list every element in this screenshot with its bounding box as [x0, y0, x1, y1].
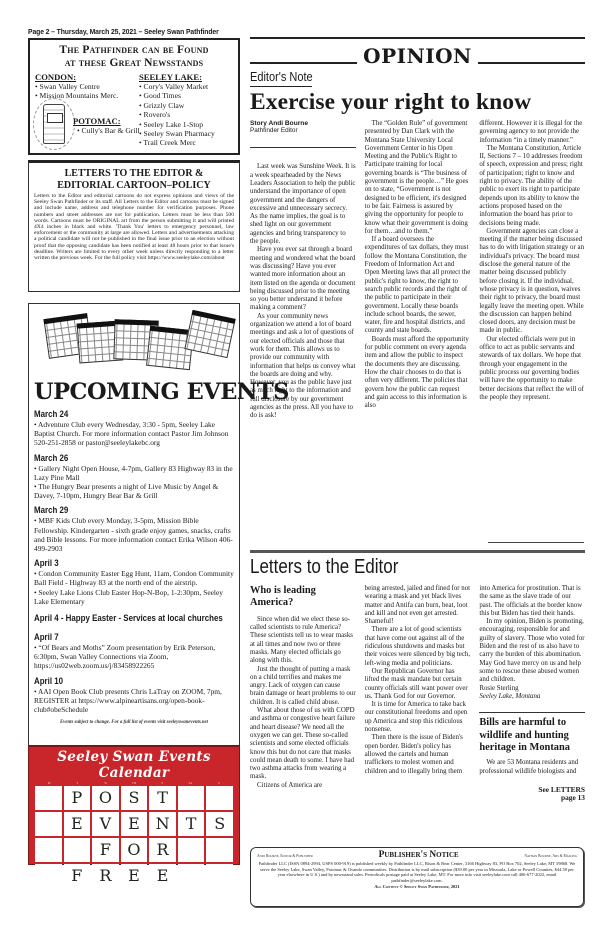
article-column-1: Story Andi Bourne Pathfinder Editor Last…: [250, 120, 356, 547]
paragraph: The “Golden Rule” of government presente…: [365, 120, 471, 236]
paragraph: In my opinion, Biden is promoting, encou…: [479, 618, 585, 684]
list-item: • Rovero's: [139, 110, 215, 119]
calendar-cell: [35, 864, 62, 888]
article-end-rule: [488, 542, 584, 543]
calendar-cell: [35, 786, 62, 810]
policy-title: LETTERS TO THE EDITOR & EDITORIAL CARTOO…: [34, 168, 234, 191]
day-label: F: [148, 781, 176, 785]
calendar-pages-illustration: [42, 312, 234, 380]
calendar-cell: R: [92, 864, 119, 888]
letter-location: Seeley Lake, Montana: [479, 693, 585, 701]
event-item: • Condon Community Easter Egg Hunt, 11am…: [34, 569, 234, 587]
newsstands-title: The Pathfinder can be Found at these Gre…: [35, 44, 233, 69]
paragraph: being arrested, jailed and fined for not…: [365, 585, 471, 626]
calendar-cell: E: [149, 864, 176, 888]
notice-body: Pathfinder LLC (ISSN 0894-2994, USPS 000…: [257, 861, 577, 883]
event-item: • Seeley Lake Lions Club Easter Hop-N-Bo…: [34, 588, 234, 606]
list-item: • Seeley Lake 1-Stop: [139, 120, 215, 129]
event-date: April 7: [34, 632, 214, 643]
newsstands-title-line2: at these Great Newsstands: [35, 57, 233, 70]
day-label: TH: [120, 781, 148, 785]
calendar-cell: [206, 786, 233, 810]
byline-rule: [250, 147, 356, 148]
calendar-cell: F: [92, 838, 119, 862]
event-item: • Gallery Night Open House, 4-7pm, Galle…: [34, 464, 234, 482]
paragraph: We are 53 Montana residents and professi…: [479, 759, 585, 776]
calendar-cell: R: [149, 838, 176, 862]
calendar-icon: [184, 310, 235, 358]
calendar-grid: P O S T E V E N T S F O R F R E E: [35, 786, 233, 888]
paragraph: Then there is the issue of Biden's open …: [365, 734, 471, 775]
section-title: OPINION: [357, 45, 478, 67]
day-label: W: [92, 781, 120, 785]
events-calendar-ad[interactable]: Seeley Swan Events Calendar M T W TH F S…: [28, 746, 240, 865]
day-label: S: [205, 781, 233, 785]
article-column-3: different. However it is illegal for the…: [479, 120, 585, 547]
jump-link[interactable]: See LETTERS page 13: [479, 786, 585, 803]
event-date: April 10: [34, 676, 214, 687]
notice-copyright: All Content © Seeley Swan Pathfinder, 20…: [257, 884, 577, 889]
calendar-cell: E: [121, 812, 148, 836]
paragraph: Just the thought of putting a mask on a …: [250, 666, 356, 707]
notice-ads: Nathan Bourne, Ads & Mailing: [524, 854, 577, 858]
notice-title: Publisher's Notice: [379, 850, 459, 860]
rule-right: [478, 62, 585, 64]
article-column-2: The “Golden Rule” of government presente…: [365, 120, 471, 547]
calendar-cell: E: [121, 864, 148, 888]
events-note: Events subject to change. For a full lis…: [34, 720, 234, 725]
editorial-article: Story Andi Bourne Pathfinder Editor Last…: [250, 120, 585, 547]
event-item: • The Hungry Bear presents a night of Li…: [34, 482, 234, 500]
calendar-cell: O: [121, 838, 148, 862]
paragraph: Our Republican Governor has lifted the m…: [365, 668, 471, 701]
event-date: April 4 - Happy Easter - Services at loc…: [34, 613, 214, 624]
potomac-heading: POTOMAC:: [73, 116, 140, 126]
rule-left: [250, 62, 357, 64]
letters-rule: [250, 550, 585, 553]
seeley-lake-list: SEELEY LAKE: • Cory's Valley Market • Go…: [139, 72, 215, 148]
event-date: March 24: [34, 409, 214, 420]
paragraph: Since when did we elect these so-called …: [250, 616, 356, 666]
newsstands-title-line1: The Pathfinder can be Found: [35, 44, 233, 57]
calendar-cell: [178, 838, 205, 862]
letter-column-1: Who is leading America? Since when did w…: [250, 585, 356, 835]
paragraph: It is time for America to take back our …: [365, 701, 471, 734]
calendar-day-labels: M T W TH F SA S: [35, 781, 233, 785]
calendar-cell: [178, 786, 205, 810]
calendar-cell: [178, 864, 205, 888]
day-label: M: [35, 781, 63, 785]
top-rule: [250, 37, 585, 39]
event-date: March 29: [34, 505, 214, 516]
opinion-section-header: OPINION: [250, 45, 585, 67]
potomac-list: POTOMAC: • Cully's Bar & Grill: [73, 116, 140, 135]
condon-list: CONDON: • Swan Valley Centre • Mission M…: [35, 72, 139, 148]
condon-heading: CONDON:: [35, 72, 139, 82]
paragraph: Our elected officials were put in office…: [479, 336, 585, 402]
calendar-cell: [64, 838, 91, 862]
events-title: UPCOMING EVENTS: [34, 380, 234, 404]
calendar-cell: T: [178, 812, 205, 836]
calendar-ad-url[interactable]: VISIT SEELEYSWANEVENTS.NET: [35, 891, 233, 900]
event-item: • AAI Open Book Club presents Chris LaTr…: [34, 687, 234, 715]
calendar-cell: S: [206, 812, 233, 836]
calendar-cell: T: [149, 786, 176, 810]
page-folio: Page 2 – Thursday, March 25, 2021 – Seel…: [28, 27, 219, 36]
byline: Story Andi Bourne Pathfinder Editor: [250, 120, 356, 134]
calendar-cell: E: [64, 812, 91, 836]
day-label: SA: [176, 781, 204, 785]
paragraph: into America for prostitution. That is t…: [479, 585, 585, 618]
list-item: • Seeley Swan Pharmacy: [139, 129, 215, 138]
list-item: • Cory's Valley Market: [139, 82, 215, 91]
list-item: • Grizzly Claw: [139, 101, 215, 110]
paragraph: Last week was Sunshine Week. It is a wee…: [250, 163, 356, 246]
letter-signer: Rosie Sterling: [479, 685, 585, 693]
policy-title-line1: LETTERS TO THE EDITOR &: [34, 168, 234, 180]
paragraph: Government agencies can close a meeting …: [479, 228, 585, 336]
event-date: April 3: [34, 558, 214, 569]
policy-body: Letters to the Editor and editorial cart…: [34, 193, 234, 261]
notice-editor: Andi Bourne, Editor & Publisher: [257, 854, 313, 858]
list-item: • Good Times: [139, 91, 215, 100]
calendar-cell: N: [149, 812, 176, 836]
paragraph: Citizens of America are: [250, 782, 356, 790]
newspaper-box-icon: [43, 104, 65, 144]
paragraph: As your community news organization we a…: [250, 313, 356, 421]
list-item: • Swan Valley Centre: [35, 82, 139, 91]
letter-headline: Bills are harmful to wildlife and huntin…: [479, 717, 585, 754]
byline-name: Story Andi Bourne: [250, 120, 356, 127]
calendar-cell: O: [92, 786, 119, 810]
letters-area: Who is leading America? Since when did w…: [250, 585, 585, 835]
list-item: • Trail Creek Merc: [139, 138, 215, 147]
event-date: March 26: [34, 453, 214, 464]
list-item: • Cully's Bar & Grill: [77, 126, 140, 135]
paragraph: What about those of us with COPD and ast…: [250, 707, 356, 782]
calendar-cell: V: [92, 812, 119, 836]
calendar-cell: [206, 864, 233, 888]
policy-title-line2: EDITORIAL CARTOON–POLICY: [34, 180, 234, 192]
paragraph: Boards must afford the opportunity for p…: [365, 336, 471, 411]
newsstands-box: The Pathfinder can be Found at these Gre…: [28, 38, 240, 155]
letter-separator: [479, 712, 585, 713]
calendar-cell: P: [64, 786, 91, 810]
article-kicker: Editor's Note: [250, 70, 545, 84]
paragraph: The Montana Constitution, Article II, Se…: [479, 145, 585, 228]
calendar-cell: F: [64, 864, 91, 888]
byline-title: Pathfinder Editor: [250, 127, 298, 134]
event-item: • “Of Bears and Moths” Zoom presentation…: [34, 643, 234, 671]
letters-policy-box: LETTERS TO THE EDITOR & EDITORIAL CARTOO…: [28, 160, 240, 292]
paragraph: If a board oversees the expenditures of …: [365, 236, 471, 336]
article-headline: Exercise your right to know: [250, 88, 585, 116]
letters-section-title: Letters to the Editor: [250, 556, 535, 578]
event-item: • Adventure Club every Wednesday, 3:30 -…: [34, 420, 234, 448]
day-label: T: [63, 781, 91, 785]
letter-headline: Who is leading America?: [250, 585, 356, 610]
calendar-cell: [35, 838, 62, 862]
seeley-lake-heading: SEELEY LAKE:: [139, 72, 215, 82]
calendar-cell: [206, 838, 233, 862]
jump-line-2: page 13: [479, 794, 585, 802]
calendar-cell: [35, 812, 62, 836]
publishers-notice-box: Andi Bourne, Editor & Publisher Publishe…: [250, 847, 584, 907]
event-item: • MBF Kids Club every Monday, 3-5pm, Mis…: [34, 516, 234, 553]
upcoming-events-box: UPCOMING EVENTS March 24 • Adventure Clu…: [28, 303, 240, 746]
paragraph: Have you ever sat through a board meetin…: [250, 246, 356, 312]
kicker-rule: [250, 86, 312, 87]
paragraph: different. However it is illegal for the…: [479, 120, 585, 145]
letter-column-2: being arrested, jailed and fined for not…: [365, 585, 471, 835]
calendar-cell: S: [121, 786, 148, 810]
notice-header: Andi Bourne, Editor & Publisher Publishe…: [257, 850, 577, 860]
calendar-ad-title: Seeley Swan Events Calendar: [35, 749, 233, 781]
paragraph: There are a lot of good scientists that …: [365, 626, 471, 667]
letter-column-3: into America for prostitution. That is t…: [479, 585, 585, 835]
